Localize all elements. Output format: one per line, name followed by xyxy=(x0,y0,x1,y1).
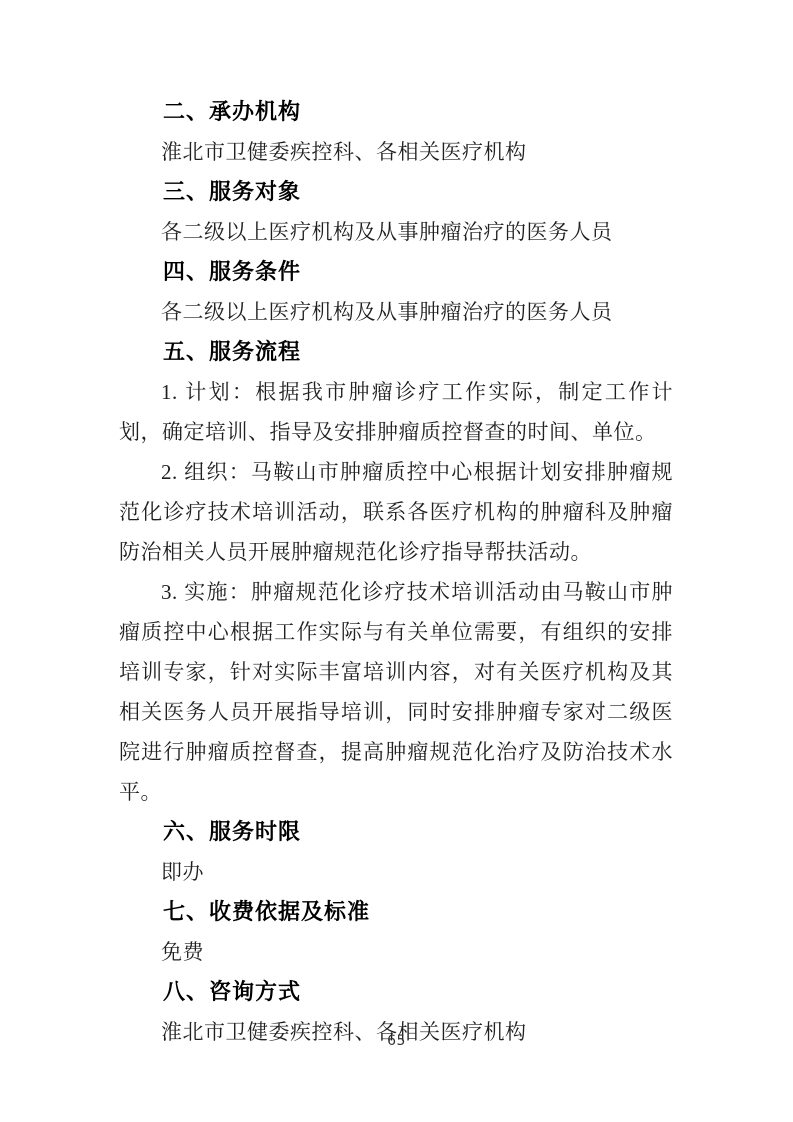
section-undertaking-agency: 二、承办机构 淮北市卫健委疾控科、各相关医疗机构 xyxy=(119,92,673,172)
section-heading: 二、承办机构 xyxy=(119,92,673,132)
paragraph: 即办 xyxy=(119,852,673,892)
paragraph: 1. 计划：根据我市肿瘤诊疗工作实际，制定工作计划，确定培训、指导及安排肿瘤质控… xyxy=(119,372,673,452)
section-heading: 五、服务流程 xyxy=(119,332,673,372)
paragraph: 免费 xyxy=(119,932,673,972)
section-heading: 四、服务条件 xyxy=(119,252,673,292)
section-service-time-limit: 六、服务时限 即办 xyxy=(119,812,673,892)
page-footer: 65 xyxy=(0,1032,793,1050)
section-heading: 三、服务对象 xyxy=(119,172,673,212)
section-heading: 七、收费依据及标准 xyxy=(119,892,673,932)
section-heading: 六、服务时限 xyxy=(119,812,673,852)
section-fee-basis-standard: 七、收费依据及标准 免费 xyxy=(119,892,673,972)
paragraph: 2. 组织：马鞍山市肿瘤质控中心根据计划安排肿瘤规范化诊疗技术培训活动，联系各医… xyxy=(119,452,673,572)
paragraph: 3. 实施：肿瘤规范化诊疗技术培训活动由马鞍山市肿瘤质控中心根据工作实际与有关单… xyxy=(119,572,673,812)
section-service-conditions: 四、服务条件 各二级以上医疗机构及从事肿瘤治疗的医务人员 xyxy=(119,252,673,332)
document-page: 二、承办机构 淮北市卫健委疾控科、各相关医疗机构 三、服务对象 各二级以上医疗机… xyxy=(0,0,793,1122)
paragraph: 各二级以上医疗机构及从事肿瘤治疗的医务人员 xyxy=(119,292,673,332)
section-service-process: 五、服务流程 1. 计划：根据我市肿瘤诊疗工作实际，制定工作计划，确定培训、指导… xyxy=(119,332,673,812)
page-number: 65 xyxy=(387,1033,406,1049)
section-heading: 八、咨询方式 xyxy=(119,972,673,1012)
document-content: 二、承办机构 淮北市卫健委疾控科、各相关医疗机构 三、服务对象 各二级以上医疗机… xyxy=(119,92,673,1052)
section-service-target: 三、服务对象 各二级以上医疗机构及从事肿瘤治疗的医务人员 xyxy=(119,172,673,252)
paragraph: 淮北市卫健委疾控科、各相关医疗机构 xyxy=(119,132,673,172)
paragraph: 各二级以上医疗机构及从事肿瘤治疗的医务人员 xyxy=(119,212,673,252)
